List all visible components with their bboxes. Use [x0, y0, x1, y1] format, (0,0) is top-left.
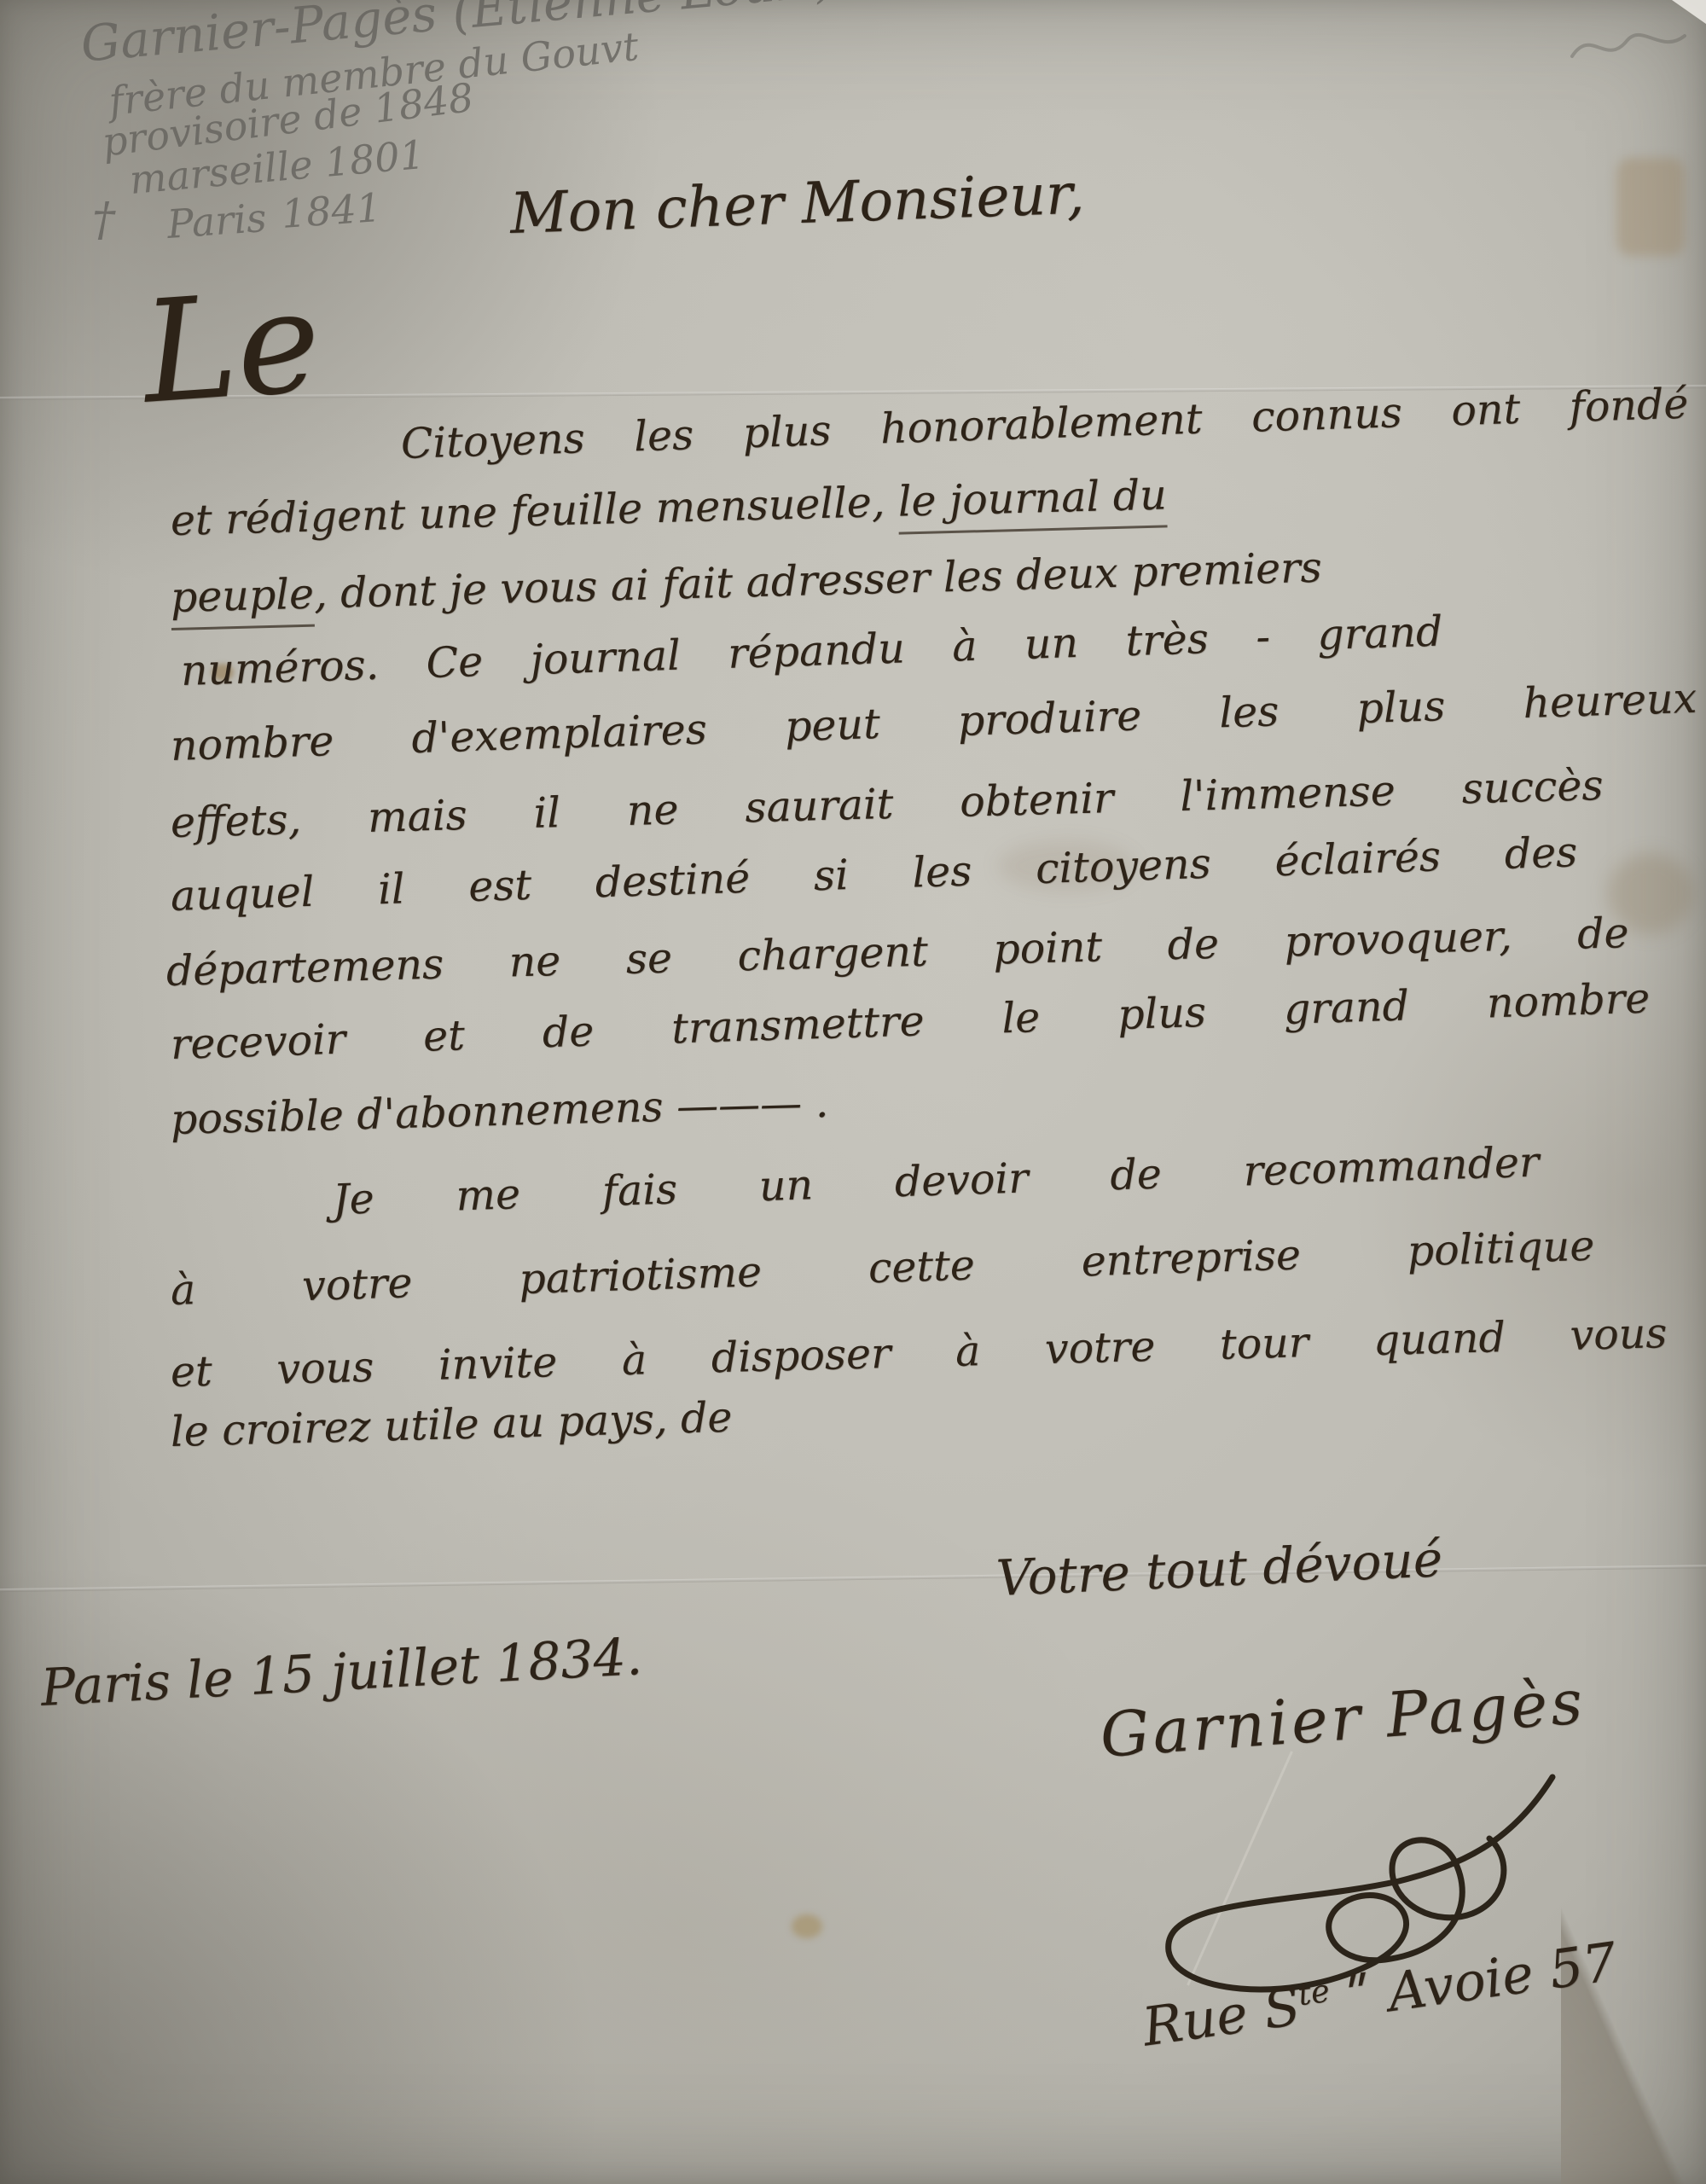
fold-crease-bottom — [0, 1565, 1706, 1593]
letter-page: Garnier-Pagès (Etienne Louis) frère du m… — [0, 0, 1706, 2184]
dateline: Paris le 15 juillet 1834. — [39, 1627, 643, 1718]
body-line: peuple, dont je vous ai fait adresser le… — [170, 543, 1322, 622]
pencil-note-death-place: Paris — [165, 195, 268, 247]
pencil-cross-mark: † — [92, 193, 115, 247]
closing-formula: Votre tout dévoué — [995, 1530, 1444, 1607]
body-text-segment: et rédigent une feuille mensuelle, — [170, 478, 898, 545]
body-line: et vous invite à disposer à votre tour q… — [170, 1309, 1668, 1397]
body-text-segment: , dont je vous ai fait adresser les deux… — [313, 543, 1322, 619]
pencil-note-death-year: 1841 — [280, 184, 383, 237]
salutation: Mon cher Monsieur, — [509, 161, 1086, 247]
body-line: Je me fais un devoir de recommander — [332, 1138, 1540, 1224]
underlined-peuple: peuple — [170, 570, 315, 630]
body-line: numéros. Ce journal répandu à un très - … — [180, 607, 1443, 695]
body-line: à votre patriotisme cette entreprise pol… — [170, 1222, 1595, 1315]
pencil-scribble-mark — [1565, 17, 1693, 77]
underlined-journal-du: le journal du — [897, 470, 1168, 534]
tape-stain — [1616, 158, 1685, 256]
small-stain-2 — [792, 1914, 822, 1938]
page-edge-bottom-right — [1561, 1877, 1706, 2184]
body-line: et rédigent une feuille mensuelle, le jo… — [170, 470, 1167, 545]
drop-cap-initial: Le — [137, 259, 325, 435]
body-line: possible d'abonnemens ——— . — [170, 1078, 829, 1144]
body-line: le croirez utile au pays, de — [170, 1393, 733, 1456]
